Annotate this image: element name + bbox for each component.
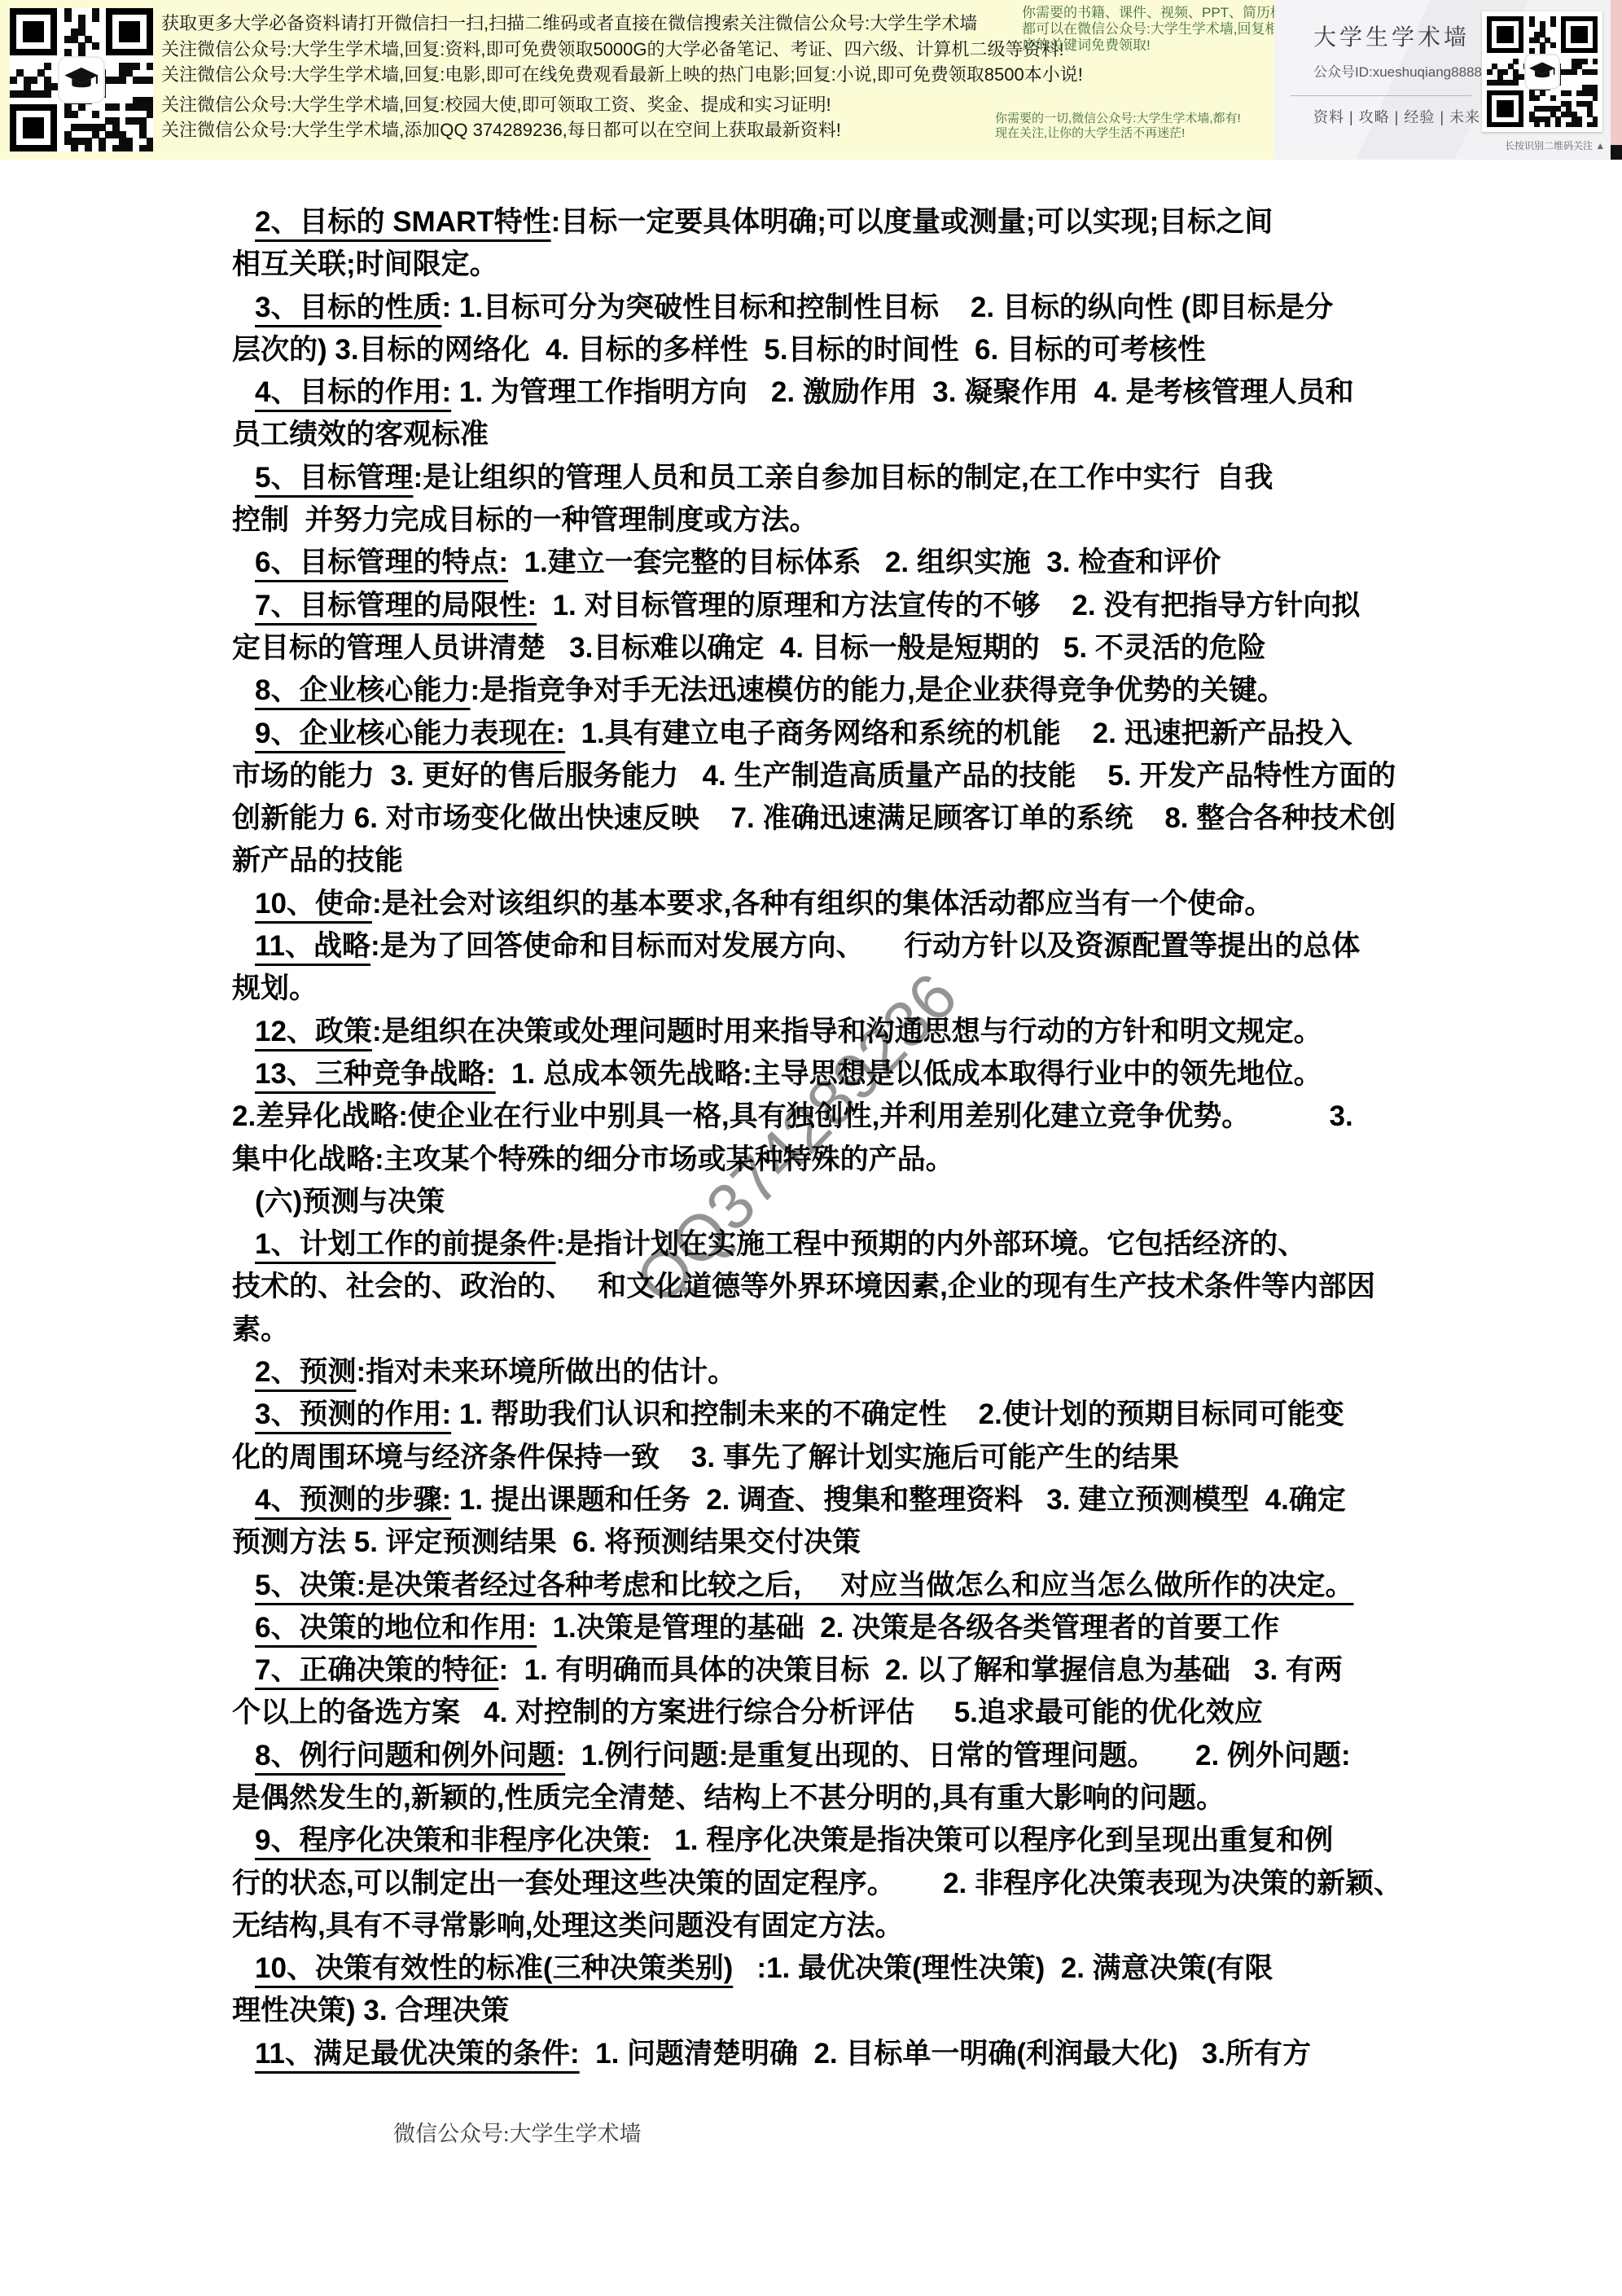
promo-line: 你需要的一切,微信公众号:大学生学术墙,都有! [995, 112, 1241, 126]
promo-banner: 获取更多大学必备资料请打开微信扫一扫,扫描二维码或者直接在微信搜索关注微信公众号… [0, 0, 1611, 160]
qr-finder-icon [1487, 16, 1523, 53]
edge-mark [1611, 145, 1622, 160]
document-line: 市场的能力 3. 更好的售后服务能力 4. 生产制造高质量产品的技能 5. 开发… [232, 755, 1502, 797]
document-line: 规划。 [232, 968, 1502, 1010]
promo-line: 都可以在微信公众号:大学生学术墙,回复相 [1022, 21, 1298, 37]
document-line: 6、目标管理的特点: 1.建立一套完整的目标体系 2. 组织实施 3. 检查和评… [232, 542, 1502, 584]
document-line: 8、企业核心能力:是指竞争对手无法迅速模仿的能力,是企业获得竞争优势的关键。 [232, 669, 1502, 712]
account-card: 大学生学术墙 公众号ID:xueshuqiang8888 资料 | 攻略 | 经… [1274, 0, 1611, 160]
document-body: 2、目标的 SMART特性:目标一定要具体明确;可以度量或测量;可以实现;目标之… [232, 201, 1502, 2075]
document-line: 理性决策) 3. 合理决策 [232, 1990, 1502, 2032]
document-line: 9、程序化决策和非程序化决策: 1. 程序化决策是指决策可以程序化到呈现出重复和… [232, 1820, 1502, 1862]
document-line: 4、预测的步骤: 1. 提出课题和任务 2. 调查、搜集和整理资料 3. 建立预… [232, 1479, 1502, 1521]
document-line: 员工绩效的客观标准 [232, 414, 1502, 456]
footer-note: 微信公众号:大学生学术墙 [393, 2116, 642, 2148]
document-line: 7、目标管理的局限性: 1. 对目标管理的原理和方法宣传的不够 2. 没有把指导… [232, 585, 1502, 627]
qr-finder-icon [1487, 90, 1523, 127]
divider [1291, 95, 1471, 96]
document-line: 1、计划工作的前提条件:是指计划在实施工程中预期的内外部环境。它包括经济的、 [232, 1223, 1502, 1266]
document-line: 8、例行问题和例外问题: 1.例行问题:是重复出现的、日常的管理问题。 2. 例… [232, 1735, 1502, 1777]
promo-line: 应的关键词免费领取! [1022, 37, 1298, 54]
document-line: 3、目标的性质: 1.目标可分为突破性目标和控制性目标 2. 目标的纵向性 (即… [232, 287, 1502, 329]
document-line: 层次的) 3.目标的网络化 4. 目标的多样性 5.目标的时间性 6. 目标的可… [232, 329, 1502, 371]
banner-promo-line: 关注微信公众号:大学生学术墙,回复:资料,即可免费领取5000G的大学必备笔记、… [161, 36, 1064, 61]
document-line: 13、三种竞争战略: 1. 总成本领先战略:主导思想是以低成本取得行业中的领先地… [232, 1053, 1502, 1095]
qr-code [1482, 11, 1602, 132]
document-line: 相互关联;时间限定。 [232, 244, 1502, 286]
document-line: 2.差异化战略:使企业在行业中别具一格,具有独创性,并利用差别化建立竞争优势。 … [232, 1095, 1502, 1138]
document-line: 个以上的备选方案 4. 对控制的方案进行综合分析评估 5.追求最可能的优化效应 [232, 1692, 1502, 1734]
document-line: 2、预测:指对未来环境所做出的估计。 [232, 1351, 1502, 1394]
qr-finder-icon [106, 8, 153, 55]
document-line: 是偶然发生的,新颖的,性质完全清楚、结构上不甚分明的,具有重大影响的问题。 [232, 1777, 1502, 1820]
promo-line: 现在关注,让你的大学生活不再迷茫! [995, 126, 1241, 141]
document-line: 技术的、社会的、政治的、 和文化道德等外界环境因素,企业的现有生产技术条件等内部… [232, 1266, 1502, 1308]
document-line: 2、目标的 SMART特性:目标一定要具体明确;可以度量或测量;可以实现;目标之… [232, 201, 1502, 244]
document-line: 控制 并努力完成目标的一种管理制度或方法。 [232, 499, 1502, 542]
qr-finder-icon [10, 104, 57, 151]
account-id: 公众号ID:xueshuqiang8888 [1313, 60, 1482, 81]
banner-promo-line: 关注微信公众号:大学生学术墙,添加QQ 374289236,每日都可以在空间上获… [161, 116, 841, 142]
promo-block-bottom: 你需要的一切,微信公众号:大学生学术墙,都有!现在关注,让你的大学生活不再迷茫! [995, 112, 1241, 140]
document-line: 集中化战略:主攻某个特殊的细分市场或某种特殊的产品。 [232, 1139, 1502, 1181]
document-line: 11、满足最优决策的条件: 1. 问题清楚明确 2. 目标单一明确(利润最大化)… [232, 2033, 1502, 2075]
document-line: 化的周围环境与经济条件保持一致 3. 事先了解计划实施后可能产生的结果 [232, 1437, 1502, 1479]
document-line: 9、企业核心能力表现在: 1.具有建立电子商务网络和系统的机能 2. 迅速把新产… [232, 713, 1502, 755]
banner-promo-lines: 获取更多大学必备资料请打开微信扫一扫,扫描二维码或者直接在微信搜索关注微信公众号… [161, 0, 1057, 160]
document-line: 5、目标管理:是让组织的管理人员和员工亲自参加目标的制定,在工作中实行 自我 [232, 457, 1502, 499]
banner-promo-line: 关注微信公众号:大学生学术墙,回复:校园大使,即可领取工资、奖金、提成和实习证明… [161, 91, 831, 116]
document-line: 新产品的技能 [232, 840, 1502, 882]
document-line: 10、使命:是社会对该组织的基本要求,各种有组织的集体活动都应当有一个使命。 [232, 883, 1502, 925]
document-line: 预测方法 5. 评定预测结果 6. 将预测结果交付决策 [232, 1521, 1502, 1564]
document-line: 6、决策的地位和作用: 1.决策是管理的基础 2. 决策是各级各类管理者的首要工… [232, 1607, 1502, 1649]
graduation-cap-icon [1524, 54, 1560, 90]
qr-finder-icon [1561, 16, 1598, 53]
document-line: (六)预测与决策 [232, 1181, 1502, 1223]
banner-promo-line: 关注微信公众号:大学生学术墙,回复:电影,即可在线免费观看最新上映的热门电影;回… [161, 61, 1083, 86]
graduation-cap-icon [58, 56, 105, 103]
qr-code [10, 8, 153, 151]
document-line: 3、预测的作用: 1. 帮助我们认识和控制未来的不确定性 2.使计划的预期目标同… [232, 1394, 1502, 1436]
document-line: 4、目标的作用: 1. 为管理工作指明方向 2. 激励作用 3. 凝聚作用 4.… [232, 371, 1502, 414]
promo-line: 你需要的书籍、课件、视频、PPT、简历模板 [1022, 5, 1298, 21]
document-line: 10、决策有效性的标准(三种决策类别) :1. 最优决策(理性决策) 2. 满意… [232, 1947, 1502, 1990]
account-tagline: 资料 | 攻略 | 经验 | 未来 [1313, 106, 1480, 127]
qr-caption: 长按识别二维码关注 ▲ [1505, 138, 1605, 152]
banner-promo-line: 获取更多大学必备资料请打开微信扫一扫,扫描二维码或者直接在微信搜索关注微信公众号… [161, 10, 977, 35]
document-line: 素。 [232, 1309, 1502, 1351]
document-line: 12、政策:是组织在决策或处理问题时用来指导和沟通思想与行动的方针和明文规定。 [232, 1011, 1502, 1053]
document-line: 行的状态,可以制定出一套处理这些决策的固定程序。 2. 非程序化决策表现为决策的… [232, 1863, 1502, 1905]
document-line: 5、决策:是决策者经过各种考虑和比较之后, 对应当做怎么和应当怎么做所作的决定。 [232, 1565, 1502, 1607]
promo-block-top: 你需要的书籍、课件、视频、PPT、简历模板都可以在微信公众号:大学生学术墙,回复… [1022, 5, 1298, 54]
document-line: 定目标的管理人员讲清楚 3.目标难以确定 4. 目标一般是短期的 5. 不灵活的… [232, 627, 1502, 669]
edge-strip [1611, 0, 1622, 145]
qr-pattern [1487, 16, 1598, 127]
document-line: 创新能力 6. 对市场变化做出快速反映 7. 准确迅速满足顾客订单的系统 8. … [232, 797, 1502, 840]
account-title: 大学生学术墙 [1313, 20, 1470, 52]
document-line: 7、正确决策的特征: 1. 有明确而具体的决策目标 2. 以了解和掌握信息为基础… [232, 1649, 1502, 1692]
document-line: 11、战略:是为了回答使命和目标而对发展方向、 行动方针以及资源配置等提出的总体 [232, 925, 1502, 968]
document-line: 无结构,具有不寻常影响,处理这类问题没有固定方法。 [232, 1905, 1502, 1947]
qr-finder-icon [10, 8, 57, 55]
